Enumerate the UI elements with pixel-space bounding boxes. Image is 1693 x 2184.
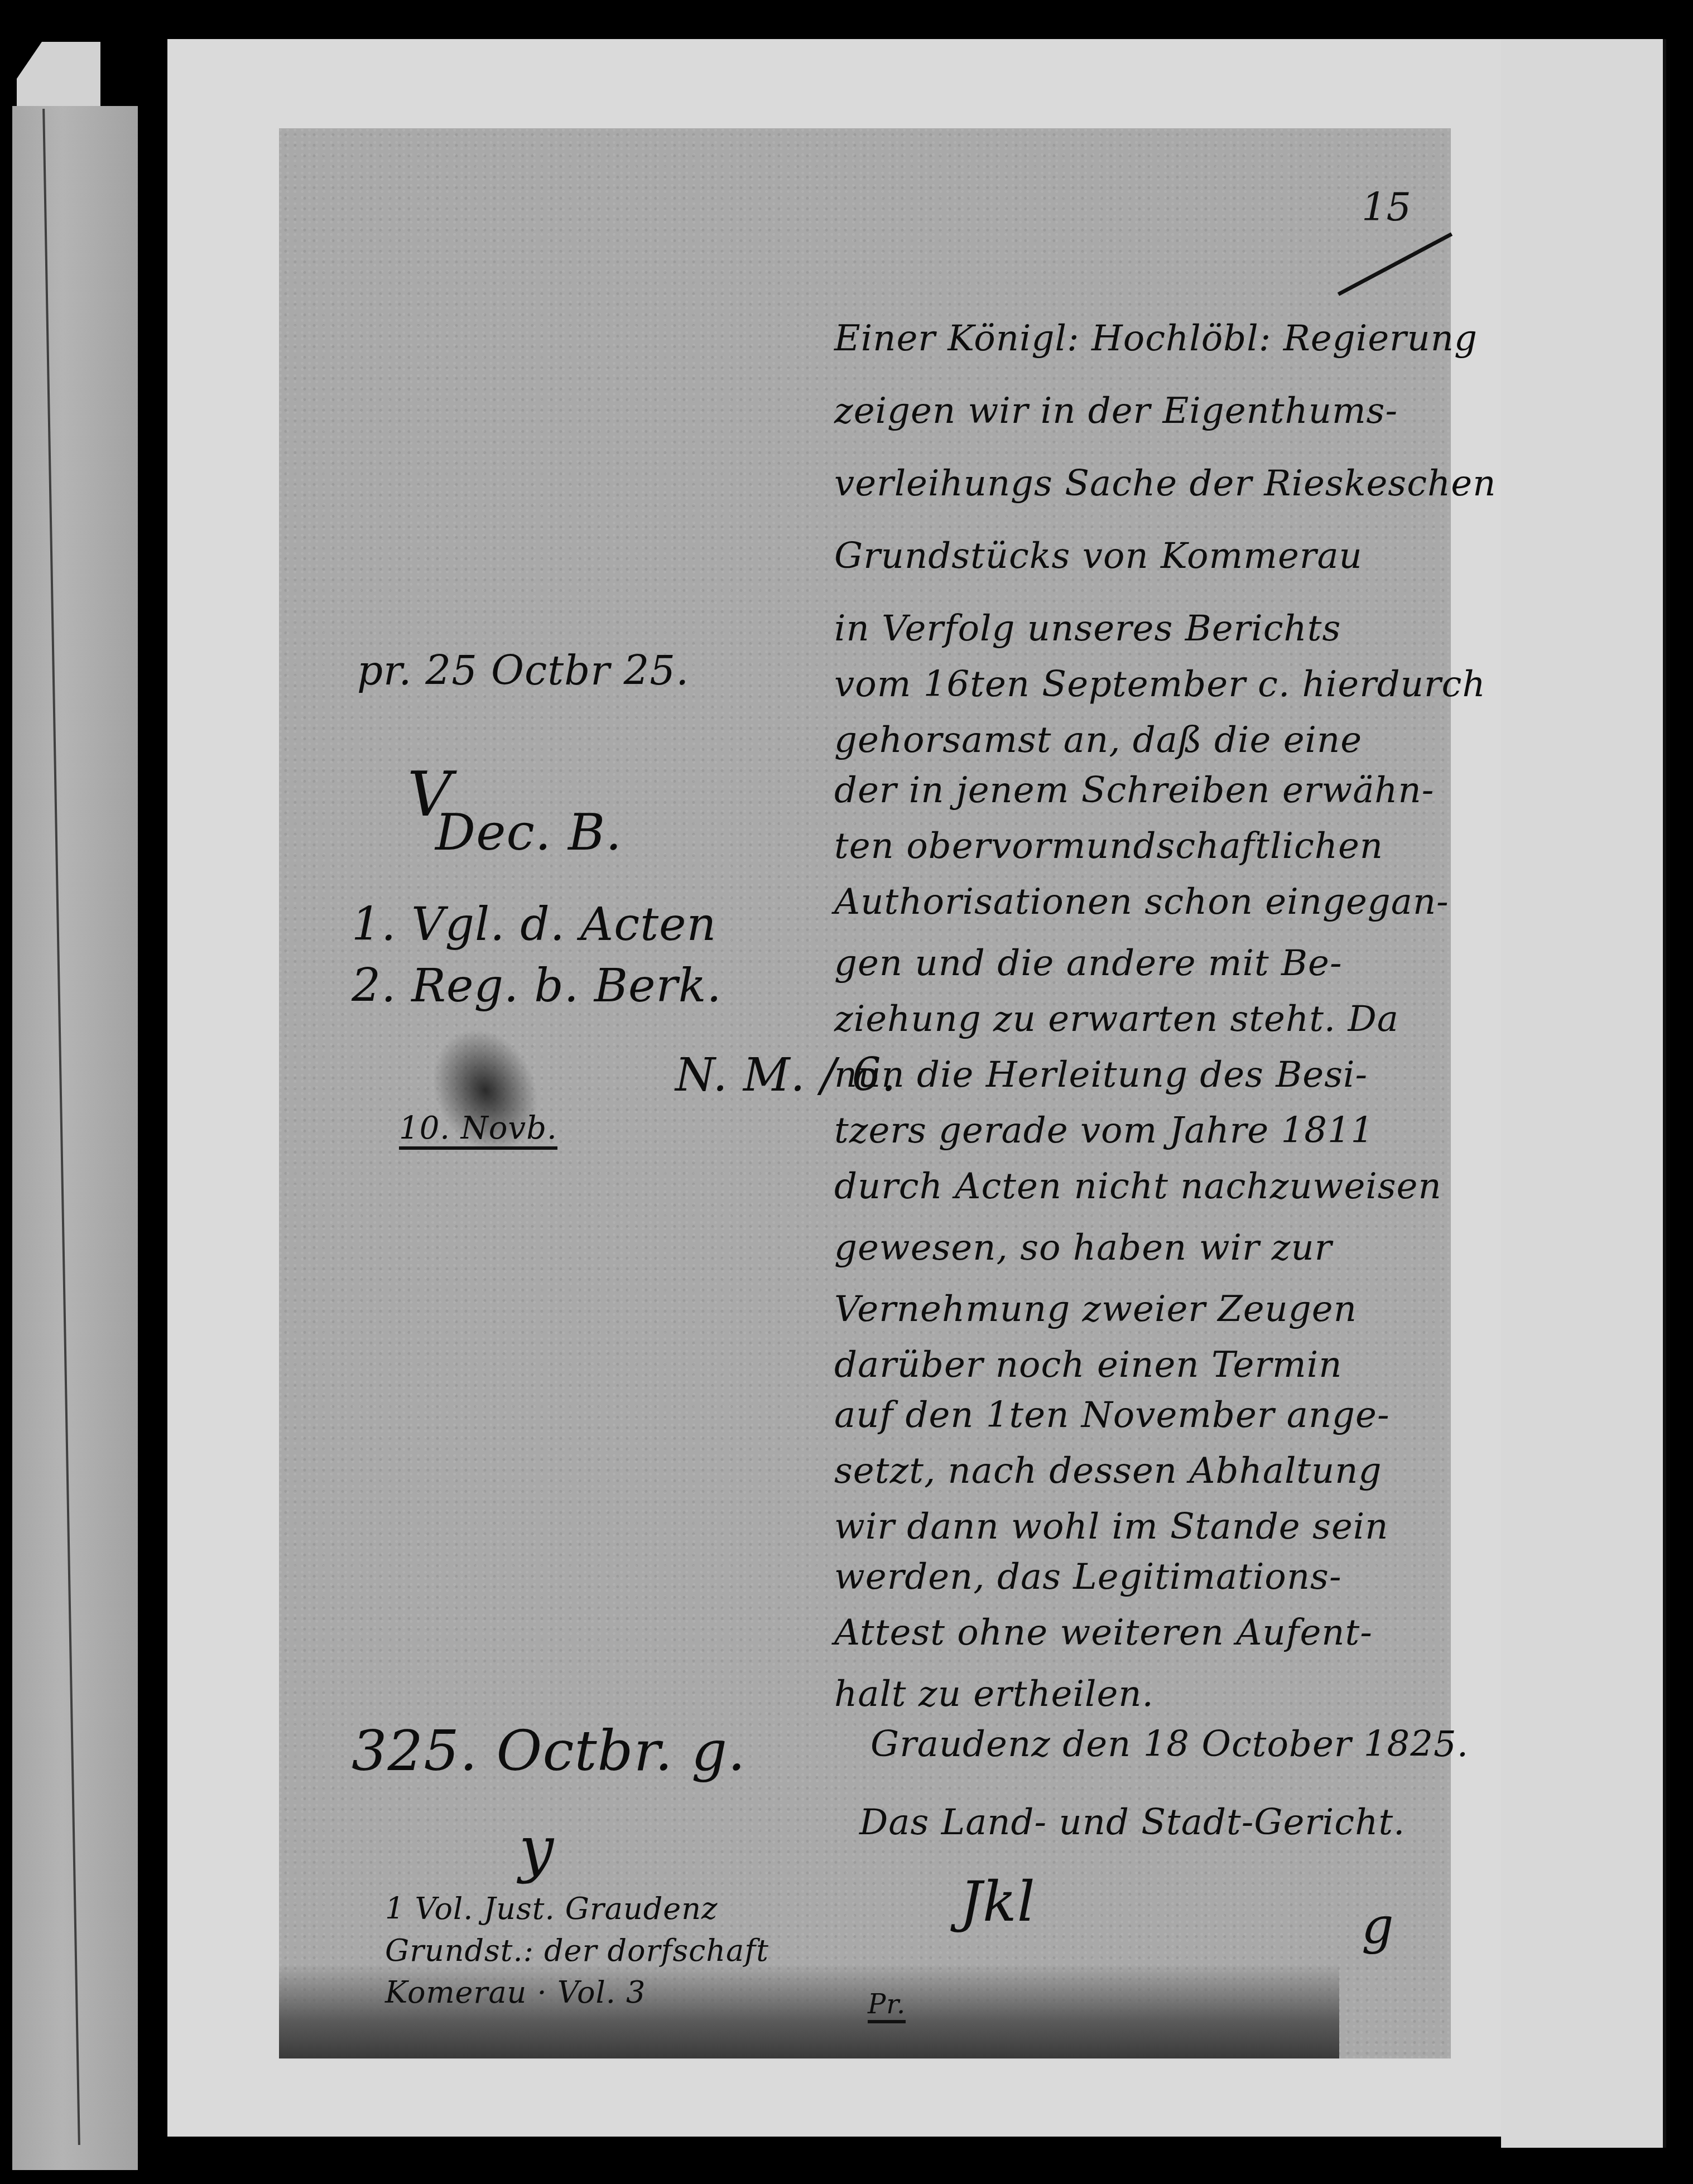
letter-line: gen und die andere mit Be- (834, 943, 1343, 984)
decree-header: Dec. B. (435, 803, 622, 862)
letter-line: ziehung zu erwarten steht. Da (834, 999, 1399, 1040)
binding-strip-top (17, 42, 100, 109)
letter-line: ten obervormundschaftlichen (834, 826, 1383, 867)
letter-line: darüber noch einen Termin (834, 1344, 1342, 1386)
letter-line: zeigen wir in der Eigenthums- (834, 390, 1398, 432)
letter-line: Einer Königl: Hochlöbl: Regierung (834, 318, 1478, 359)
decree-item-1: 1. Vgl. d. Acten (352, 898, 716, 951)
letter-line: vom 16ten September c. hierdurch (834, 664, 1486, 705)
letter-line: Grundstücks von Kommerau (834, 536, 1363, 577)
closing-line: Das Land- und Stadt-Gericht. (859, 1802, 1405, 1843)
letter-line: gewesen, so haben wir zur (834, 1227, 1332, 1269)
filing-note-line: Komerau · Vol. 3 (385, 1975, 646, 2010)
paraph-mark: g (1362, 1897, 1394, 1955)
filing-note-line: 1 Vol. Just. Graudenz (385, 1891, 718, 1926)
letter-line: Authorisationen schon eingegan- (834, 881, 1449, 923)
received-note: pr. 25 Octbr 25. (357, 647, 689, 694)
letter-line: nun die Herleitung des Besi- (834, 1054, 1368, 1096)
place-date: Graudenz den 18 October 1825. (870, 1724, 1469, 1765)
letter-line: durch Acten nicht nachzuweisen (834, 1166, 1442, 1207)
signature: Jkl (960, 1869, 1036, 1934)
folio-number: 15 (1362, 184, 1411, 230)
letter-line: verleihungs Sache der Rieskeschen (834, 463, 1496, 504)
under-sheet-right-edge (1501, 39, 1666, 2148)
reference-note: 325. Octbr. g. (352, 1718, 746, 1783)
decree-item-2: 2. Reg. b. Berk. (352, 960, 722, 1013)
resubmission-note: N. M. / 6. (675, 1049, 897, 1102)
letter-line: gehorsamst an, daß die eine (834, 720, 1362, 761)
letter-line: halt zu ertheilen. (834, 1674, 1154, 1715)
date-note: 10. Novb. (399, 1110, 557, 1150)
bottom-center-mark: Pr. (868, 1989, 906, 2023)
letter-line: setzt, nach dessen Abhaltung (834, 1450, 1382, 1492)
letter-line: Vernehmung zweier Zeugen (834, 1289, 1357, 1330)
letter-line: auf den 1ten November ange- (834, 1395, 1390, 1436)
filing-note-line: Grundst.: der dorfschaft (385, 1933, 769, 1968)
letter-line: werden, das Legitimations- (834, 1556, 1342, 1598)
letter-line: Attest ohne weiteren Aufent- (834, 1612, 1373, 1653)
letter-line: wir dann wohl im Stande sein (834, 1506, 1388, 1547)
letter-line: tzers gerade vom Jahre 1811 (834, 1110, 1374, 1151)
initial-mark: y (519, 1813, 554, 1884)
letter-line: in Verfolg unseres Berichts (834, 608, 1341, 649)
letter-line: der in jenem Schreiben erwähn- (834, 770, 1434, 811)
